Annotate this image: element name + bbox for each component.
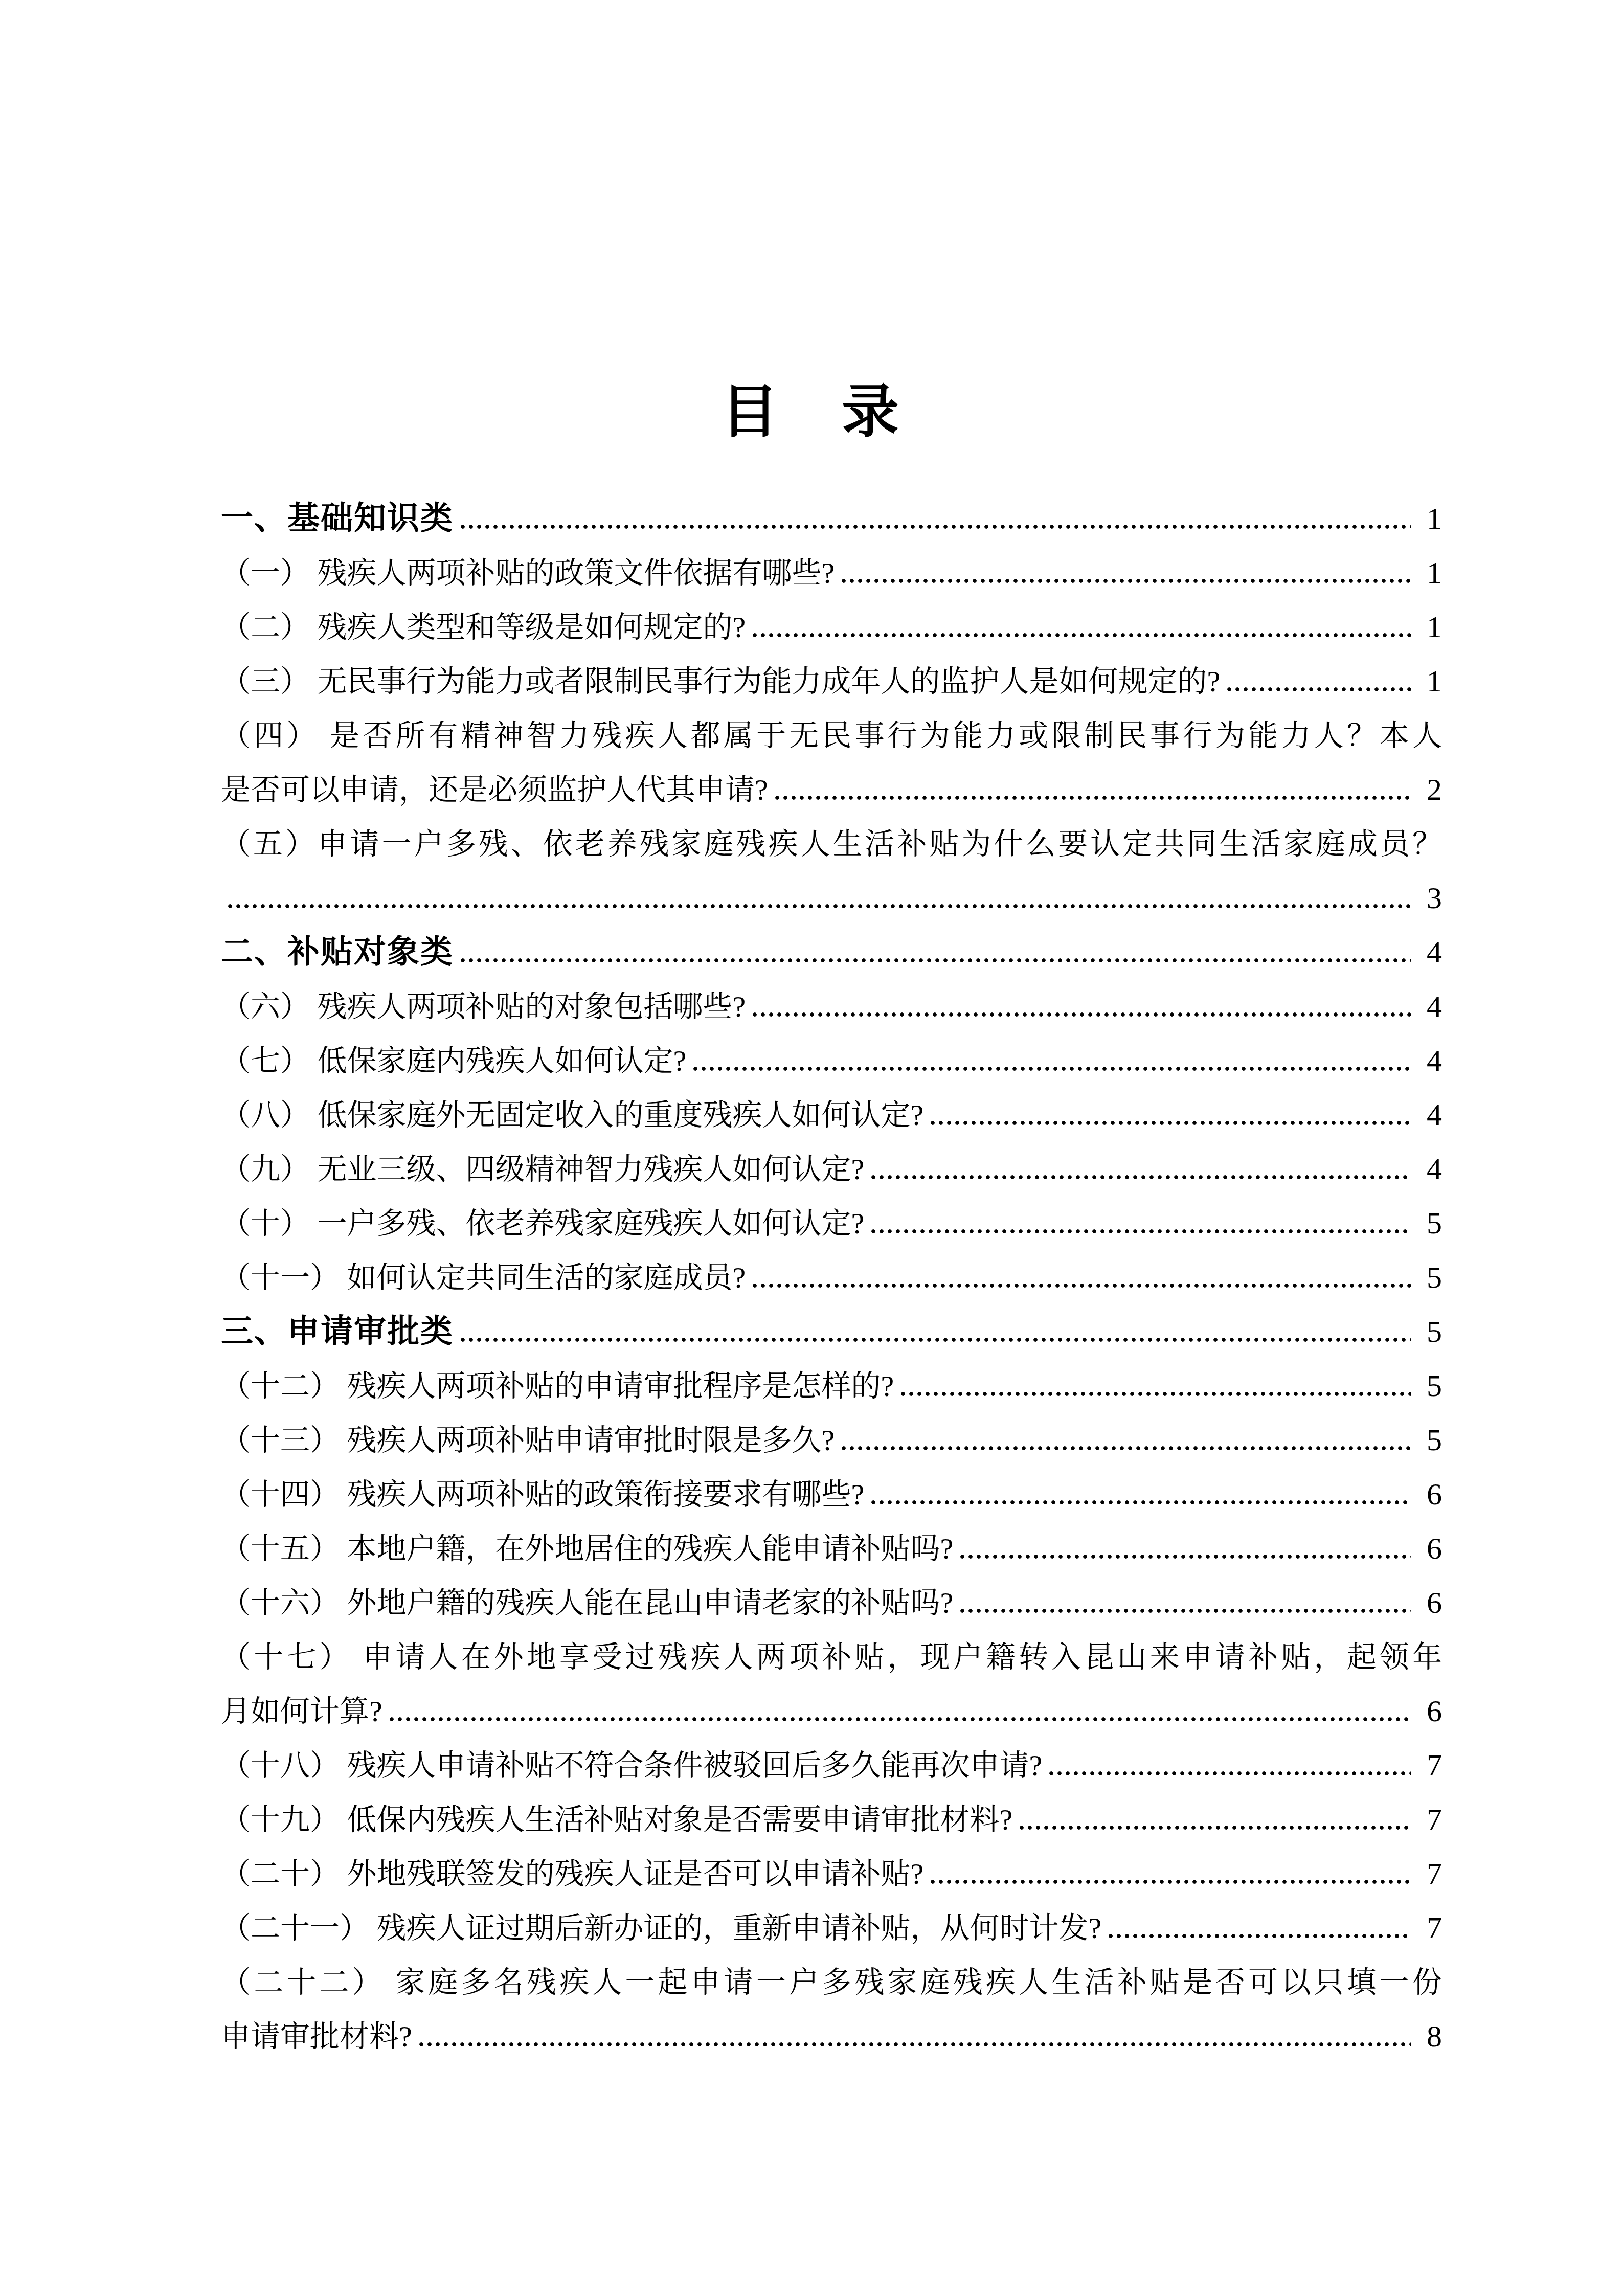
dotted-leader — [931, 1121, 1411, 1125]
toc-entry-text: （十六） 外地户籍的残疾人能在昆山申请老家的补贴吗? — [221, 1588, 953, 1618]
toc-entry[interactable]: （十一） 如何认定共同生活的家庭成员? 5 — [221, 1246, 1442, 1300]
toc-entry-text: （四） 是否所有精神智力残疾人都属于无民事行为能力或限制民事行为能力人？本人 — [221, 721, 1442, 751]
toc-entry-page-number: 7 — [1419, 1804, 1442, 1835]
dotted-leader — [871, 1175, 1411, 1179]
toc-entry-text: （一） 残疾人两项补贴的政策文件依据有哪些? — [221, 558, 835, 588]
toc-entry[interactable]: （二） 残疾人类型和等级是如何规定的? 1 — [221, 595, 1442, 649]
toc-entry[interactable]: （十五） 本地户籍，在外地居住的残疾人能申请补贴吗? 6 — [221, 1517, 1442, 1571]
toc-entry-text: （十三） 残疾人两项补贴申请审批时限是多久? — [221, 1426, 835, 1455]
toc-entry[interactable]: （四） 是否所有精神智力残疾人都属于无民事行为能力或限制民事行为能力人？本人 — [221, 704, 1442, 758]
toc-entry-text: （二十一） 残疾人证过期后新办证的，重新申请补贴，从何时计发? — [221, 1914, 1101, 1943]
dotted-leader — [842, 579, 1411, 583]
dotted-leader — [753, 1012, 1411, 1017]
toc-entry-text: （六） 残疾人两项补贴的对象包括哪些? — [221, 992, 746, 1022]
toc-entry-text: 一、基础知识类 — [221, 502, 454, 534]
toc-entry-page-number: 7 — [1419, 1858, 1442, 1889]
dotted-leader — [693, 1067, 1411, 1071]
toc-entry-page-number: 8 — [1419, 2021, 1442, 2052]
toc-entry[interactable]: 一、基础知识类 1 — [221, 487, 1442, 541]
toc-entry[interactable]: （十） 一户多残、依老养残家庭残疾人如何认定? 5 — [221, 1191, 1442, 1246]
dotted-leader — [871, 1229, 1411, 1233]
toc-entry-page-number: 4 — [1419, 991, 1442, 1022]
dotted-leader — [461, 958, 1411, 962]
toc-entry-text: （十二） 残疾人两项补贴的申请审批程序是怎样的? — [221, 1371, 894, 1401]
document-title: 目 录 — [0, 379, 1623, 445]
toc-entry-page-number: 3 — [1419, 883, 1442, 913]
dotted-leader — [1227, 687, 1411, 691]
toc-entry-page-number: 6 — [1419, 1479, 1442, 1510]
toc-entry[interactable]: （三） 无民事行为能力或者限制民事行为能力成年人的监护人是如何规定的? 1 — [221, 649, 1442, 704]
toc-entry[interactable]: （二十二） 家庭多名残疾人一起申请一户多残家庭残疾人生活补贴是否可以只填一份 — [221, 1950, 1442, 2005]
toc-entry[interactable]: （十六） 外地户籍的残疾人能在昆山申请老家的补贴吗? 6 — [221, 1571, 1442, 1625]
toc-entry[interactable]: （十四） 残疾人两项补贴的政策衔接要求有哪些? 6 — [221, 1462, 1442, 1517]
toc-entry[interactable]: （十七） 申请人在外地享受过残疾人两项补贴，现户籍转入昆山来申请补贴，起领年 — [221, 1625, 1442, 1679]
toc-entry[interactable]: （十九） 低保内残疾人生活补贴对象是否需要申请审批材料? 7 — [221, 1788, 1442, 1842]
toc-entry-text: 二、补贴对象类 — [221, 935, 454, 967]
toc-entry-page-number: 6 — [1419, 1696, 1442, 1726]
toc-entry[interactable]: （二十一） 残疾人证过期后新办证的，重新申请补贴，从何时计发? 7 — [221, 1896, 1442, 1950]
toc-entry-text: （二） 残疾人类型和等级是如何规定的? — [221, 613, 746, 642]
toc-entry[interactable]: （一） 残疾人两项补贴的政策文件依据有哪些? 1 — [221, 541, 1442, 595]
toc-entry-text: （九） 无业三级、四级精神智力残疾人如何认定? — [221, 1155, 864, 1184]
toc-entry[interactable]: （二十） 外地残联签发的残疾人证是否可以申请补贴? 7 — [221, 1842, 1442, 1896]
toc-entry-text: （十一） 如何认定共同生活的家庭成员? — [221, 1263, 746, 1293]
toc-entry[interactable]: 二、补贴对象类 4 — [221, 920, 1442, 975]
toc-entry-page-number: 1 — [1419, 612, 1442, 642]
dotted-leader — [960, 1609, 1411, 1613]
dotted-leader — [1049, 1771, 1411, 1775]
toc-entry-text: （七） 低保家庭内残疾人如何认定? — [221, 1046, 686, 1076]
dotted-leader — [871, 1500, 1411, 1504]
dotted-leader — [228, 904, 1411, 908]
toc-entry-page-number: 7 — [1419, 1912, 1442, 1943]
dotted-leader — [753, 633, 1411, 637]
toc-entry-text: （二十） 外地残联签发的残疾人证是否可以申请补贴? — [221, 1859, 923, 1889]
toc-entry-page-number: 1 — [1419, 666, 1442, 696]
toc-entry-text: （十七） 申请人在外地享受过残疾人两项补贴，现户籍转入昆山来申请补贴，起领年 — [221, 1642, 1442, 1672]
toc-entry-text: （十五） 本地户籍，在外地居住的残疾人能申请补贴吗? — [221, 1534, 953, 1564]
dotted-leader — [390, 1717, 1411, 1721]
toc-entry-text: （十） 一户多残、依老养残家庭残疾人如何认定? — [221, 1209, 864, 1239]
toc-entry-page-number: 5 — [1419, 1316, 1442, 1347]
toc-entry-text: （二十二） 家庭多名残疾人一起申请一户多残家庭残疾人生活补贴是否可以只填一份 — [221, 1968, 1442, 1997]
toc-entry-text: （八） 低保家庭外无固定收入的重度残疾人如何认定? — [221, 1100, 923, 1130]
toc-entry-page-number: 7 — [1419, 1750, 1442, 1781]
toc-entry[interactable]: （七） 低保家庭内残疾人如何认定? 4 — [221, 1029, 1442, 1083]
toc-entry[interactable]: （六） 残疾人两项补贴的对象包括哪些? 4 — [221, 975, 1442, 1029]
toc-entry-page-number: 2 — [1419, 774, 1442, 805]
toc-entry-page-number: 1 — [1419, 503, 1442, 534]
toc-entry-page-number: 5 — [1419, 1262, 1442, 1293]
dotted-leader — [753, 1284, 1411, 1288]
toc-entry[interactable]: （九） 无业三级、四级精神智力残疾人如何认定? 4 — [221, 1137, 1442, 1191]
toc-entry[interactable]: 月如何计算? 6 — [221, 1679, 1442, 1734]
toc-entry[interactable]: 3 — [221, 866, 1442, 920]
toc-entry[interactable]: 是否可以申请，还是必须监护人代其申请? 2 — [221, 758, 1442, 812]
toc-entry[interactable]: （八） 低保家庭外无固定收入的重度残疾人如何认定? 4 — [221, 1083, 1442, 1137]
toc-entry-text: （十四） 残疾人两项补贴的政策衔接要求有哪些? — [221, 1480, 864, 1510]
toc-entry[interactable]: 申请审批材料? 8 — [221, 2005, 1442, 2059]
toc-entry-page-number: 4 — [1419, 1045, 1442, 1076]
dotted-leader — [931, 1880, 1411, 1884]
toc: 一、基础知识类 1 （一） 残疾人两项补贴的政策文件依据有哪些? 1 （二） 残… — [221, 487, 1442, 2059]
toc-entry-text: （五）申请一户多残、依老养残家庭残疾人生活补贴为什么要认定共同生活家庭成员？ — [221, 829, 1442, 859]
toc-entry-page-number: 5 — [1419, 1370, 1442, 1401]
toc-entry-page-number: 4 — [1419, 1099, 1442, 1130]
dotted-leader — [775, 796, 1411, 800]
toc-entry-text: 申请审批材料? — [221, 2022, 412, 2052]
toc-entry-page-number: 4 — [1419, 1154, 1442, 1184]
toc-entry-page-number: 1 — [1419, 557, 1442, 588]
toc-entry[interactable]: 三、申请审批类 5 — [221, 1300, 1442, 1354]
dotted-leader — [419, 2042, 1411, 2046]
toc-entry-text: 月如何计算? — [221, 1697, 382, 1726]
dotted-leader — [1109, 1934, 1411, 1938]
toc-entry-text: （三） 无民事行为能力或者限制民事行为能力成年人的监护人是如何规定的? — [221, 667, 1220, 696]
toc-entry[interactable]: （五）申请一户多残、依老养残家庭残疾人生活补贴为什么要认定共同生活家庭成员？ — [221, 812, 1442, 866]
toc-entry-page-number: 5 — [1419, 1208, 1442, 1239]
toc-entry[interactable]: （十二） 残疾人两项补贴的申请审批程序是怎样的? 5 — [221, 1354, 1442, 1408]
toc-entry-page-number: 6 — [1419, 1587, 1442, 1618]
toc-entry[interactable]: （十八） 残疾人申请补贴不符合条件被驳回后多久能再次申请? 7 — [221, 1734, 1442, 1788]
dotted-leader — [901, 1392, 1411, 1396]
toc-entry-text: （十九） 低保内残疾人生活补贴对象是否需要申请审批材料? — [221, 1805, 1012, 1835]
toc-entry-page-number: 4 — [1419, 937, 1442, 967]
dotted-leader — [461, 1338, 1411, 1342]
dotted-leader — [1020, 1826, 1411, 1830]
toc-entry[interactable]: （十三） 残疾人两项补贴申请审批时限是多久? 5 — [221, 1408, 1442, 1462]
dotted-leader — [842, 1446, 1411, 1450]
toc-entry-text: （十八） 残疾人申请补贴不符合条件被驳回后多久能再次申请? — [221, 1751, 1042, 1781]
toc-entry-page-number: 6 — [1419, 1533, 1442, 1564]
dotted-leader — [960, 1555, 1411, 1559]
document-page: 目 录 一、基础知识类 1 （一） 残疾人两项补贴的政策文件依据有哪些? 1 （… — [0, 0, 1623, 2296]
toc-entry-text: 是否可以申请，还是必须监护人代其申请? — [221, 775, 768, 805]
toc-entry-text: 三、申请审批类 — [221, 1315, 454, 1347]
toc-entry-page-number: 5 — [1419, 1425, 1442, 1455]
dotted-leader — [461, 525, 1411, 529]
